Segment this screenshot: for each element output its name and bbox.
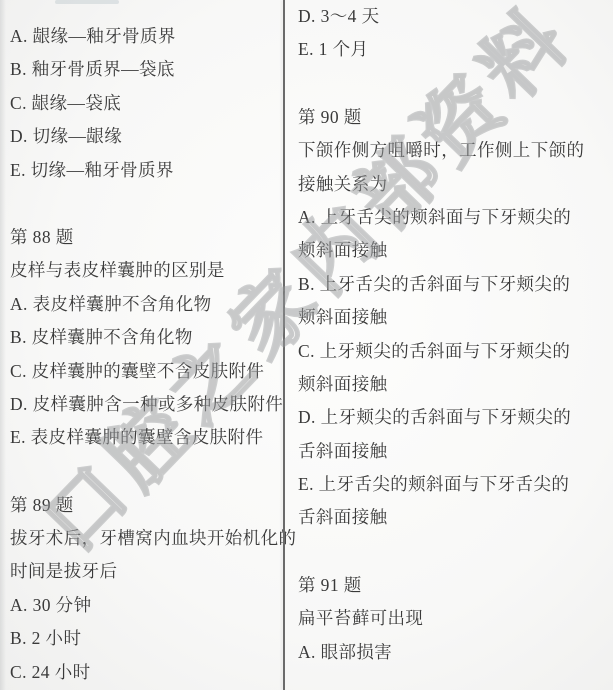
text-line: E. 表皮样囊肿的囊壁含皮肤附件: [10, 421, 288, 454]
question-column-left: A. 龈缘—釉牙骨质界B. 釉牙骨质界—袋底C. 龈缘—袋底D. 切缘—龈缘E.…: [10, 20, 288, 689]
text-line: 接触关系为: [298, 168, 608, 201]
question-block: 第 90 题下颌作侧方咀嚼时，工作侧上下颌的接触关系为A. 上牙舌尖的颊斜面与下…: [298, 101, 608, 535]
text-line: E. 上牙舌尖的颊斜面与下牙舌尖的: [298, 468, 608, 501]
text-line: D. 切缘—龈缘: [10, 120, 288, 153]
text-line: C. 龈缘—袋底: [10, 87, 288, 120]
text-line: 下颌作侧方咀嚼时，工作侧上下颌的: [298, 134, 608, 167]
text-line: A. 龈缘—釉牙骨质界: [10, 20, 288, 53]
text-line: C. 上牙颊尖的舌斜面与下牙颊尖的: [298, 335, 608, 368]
text-line: A. 30 分钟: [10, 589, 288, 622]
text-line: 颊斜面接触: [298, 234, 608, 267]
text-line: 舌斜面接触: [298, 501, 608, 534]
text-line: 第 88 题: [10, 221, 288, 254]
text-line: B. 上牙舌尖的舌斜面与下牙颊尖的: [298, 268, 608, 301]
question-block: 第 88 题皮样与表皮样囊肿的区别是A. 表皮样囊肿不含角化物B. 皮样囊肿不含…: [10, 221, 288, 455]
truncated-text-fragment: [55, 0, 119, 4]
text-line: B. 皮样囊肿不含角化物: [10, 321, 288, 354]
text-line: A. 上牙舌尖的颊斜面与下牙颊尖的: [298, 201, 608, 234]
text-line: C. 24 小时: [10, 656, 288, 689]
text-line: 颊斜面接触: [298, 301, 608, 334]
text-line: A. 眼部损害: [298, 636, 608, 669]
question-block: D. 3～4 天E. 1 个月: [298, 0, 608, 67]
text-line: D. 皮样囊肿含一种或多种皮肤附件: [10, 388, 288, 421]
text-line: 扁平苔藓可出现: [298, 602, 608, 635]
column-divider: [283, 0, 285, 690]
text-line: 皮样与表皮样囊肿的区别是: [10, 254, 288, 287]
question-block: 第 91 题扁平苔藓可出现A. 眼部损害: [298, 569, 608, 669]
text-line: 颊斜面接触: [298, 368, 608, 401]
text-line: 拔牙术后，牙槽窝内血块开始机化的: [10, 522, 288, 555]
text-line: 时间是拔牙后: [10, 555, 288, 588]
text-line: B. 釉牙骨质界—袋底: [10, 53, 288, 86]
question-column-right: D. 3～4 天E. 1 个月第 90 题下颌作侧方咀嚼时，工作侧上下颌的接触关…: [298, 0, 608, 669]
text-line: 第 90 题: [298, 101, 608, 134]
text-line: E. 1 个月: [298, 33, 608, 66]
text-line: 第 89 题: [10, 489, 288, 522]
text-line: E. 切缘—釉牙骨质界: [10, 154, 288, 187]
text-line: B. 2 小时: [10, 622, 288, 655]
text-line: C. 皮样囊肿的囊壁不含皮肤附件: [10, 355, 288, 388]
text-line: 舌斜面接触: [298, 435, 608, 468]
text-line: D. 3～4 天: [298, 0, 608, 33]
text-line: D. 上牙颊尖的舌斜面与下牙颊尖的: [298, 401, 608, 434]
question-block: 第 89 题拔牙术后，牙槽窝内血块开始机化的时间是拔牙后A. 30 分钟B. 2…: [10, 489, 288, 689]
text-line: A. 表皮样囊肿不含角化物: [10, 288, 288, 321]
question-block: A. 龈缘—釉牙骨质界B. 釉牙骨质界—袋底C. 龈缘—袋底D. 切缘—龈缘E.…: [10, 20, 288, 187]
scanned-exam-page: A. 龈缘—釉牙骨质界B. 釉牙骨质界—袋底C. 龈缘—袋底D. 切缘—龈缘E.…: [0, 0, 613, 690]
text-line: 第 91 题: [298, 569, 608, 602]
